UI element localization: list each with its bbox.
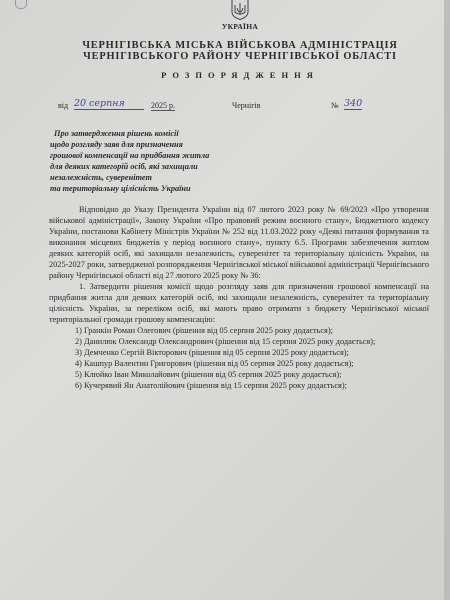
subject-line: грошової компенсації на придбання житла — [50, 150, 209, 161]
city-label: Чернігів — [232, 101, 261, 110]
organization-name: ЧЕРНІГІВСЬКА МІСЬКА ВІЙСЬКОВА АДМІНІСТРА… — [0, 40, 450, 62]
document-type-title: РОЗПОРЯДЖЕННЯ — [0, 70, 450, 80]
handwritten-number: 340 — [344, 98, 362, 110]
subject-line: щодо розгляду заяв для призначення — [50, 139, 209, 150]
subject-line: для деяких категорій осіб, які захищали — [50, 161, 209, 172]
point-1-paragraph: 1. Затвердити рішення комісії щодо розгл… — [49, 281, 429, 325]
trident-coat-of-arms-icon — [229, 0, 251, 20]
subject-line: Про затвердження рішень комісії — [50, 128, 209, 139]
from-label: від — [58, 101, 68, 110]
document-body: Відповідно до Указу Президента України в… — [49, 204, 429, 391]
list-item: 2) Данилюк Олександр Олександрович (ріше… — [49, 336, 429, 347]
list-item: 1) Гранкін Роман Олегович (рішення від 0… — [49, 325, 429, 336]
list-item: 5) Клюйко Іван Миколайович (рішення від … — [49, 369, 429, 380]
subject-line: незалежність, суверенітет — [50, 172, 209, 183]
document-page: УКРАЇНА ЧЕРНІГІВСЬКА МІСЬКА ВІЙСЬКОВА АД… — [0, 0, 450, 600]
preamble-paragraph: Відповідно до Указу Президента України в… — [49, 204, 429, 281]
list-item: 6) Кучерявий Ян Анатолійович (рішення ві… — [49, 380, 429, 391]
org-line-1: ЧЕРНІГІВСЬКА МІСЬКА ВІЙСЬКОВА АДМІНІСТРА… — [0, 40, 450, 51]
list-item: 3) Демченко Сергій Вікторович (рішення в… — [49, 347, 429, 358]
handwritten-date: 20 серпня — [74, 98, 144, 110]
country-label: УКРАЇНА — [0, 22, 450, 31]
year-label: 2025 р. — [151, 101, 175, 111]
subject-block: Про затвердження рішень комісії щодо роз… — [50, 128, 209, 194]
list-item: 4) Кашпур Валентин Григорович (рішення в… — [49, 358, 429, 369]
number-label: № — [331, 101, 339, 110]
subject-line: та територіальну цілісність України — [50, 183, 209, 194]
org-line-2: ЧЕРНІГІВСЬКОГО РАЙОНУ ЧЕРНІГІВСЬКОЇ ОБЛА… — [0, 51, 450, 62]
